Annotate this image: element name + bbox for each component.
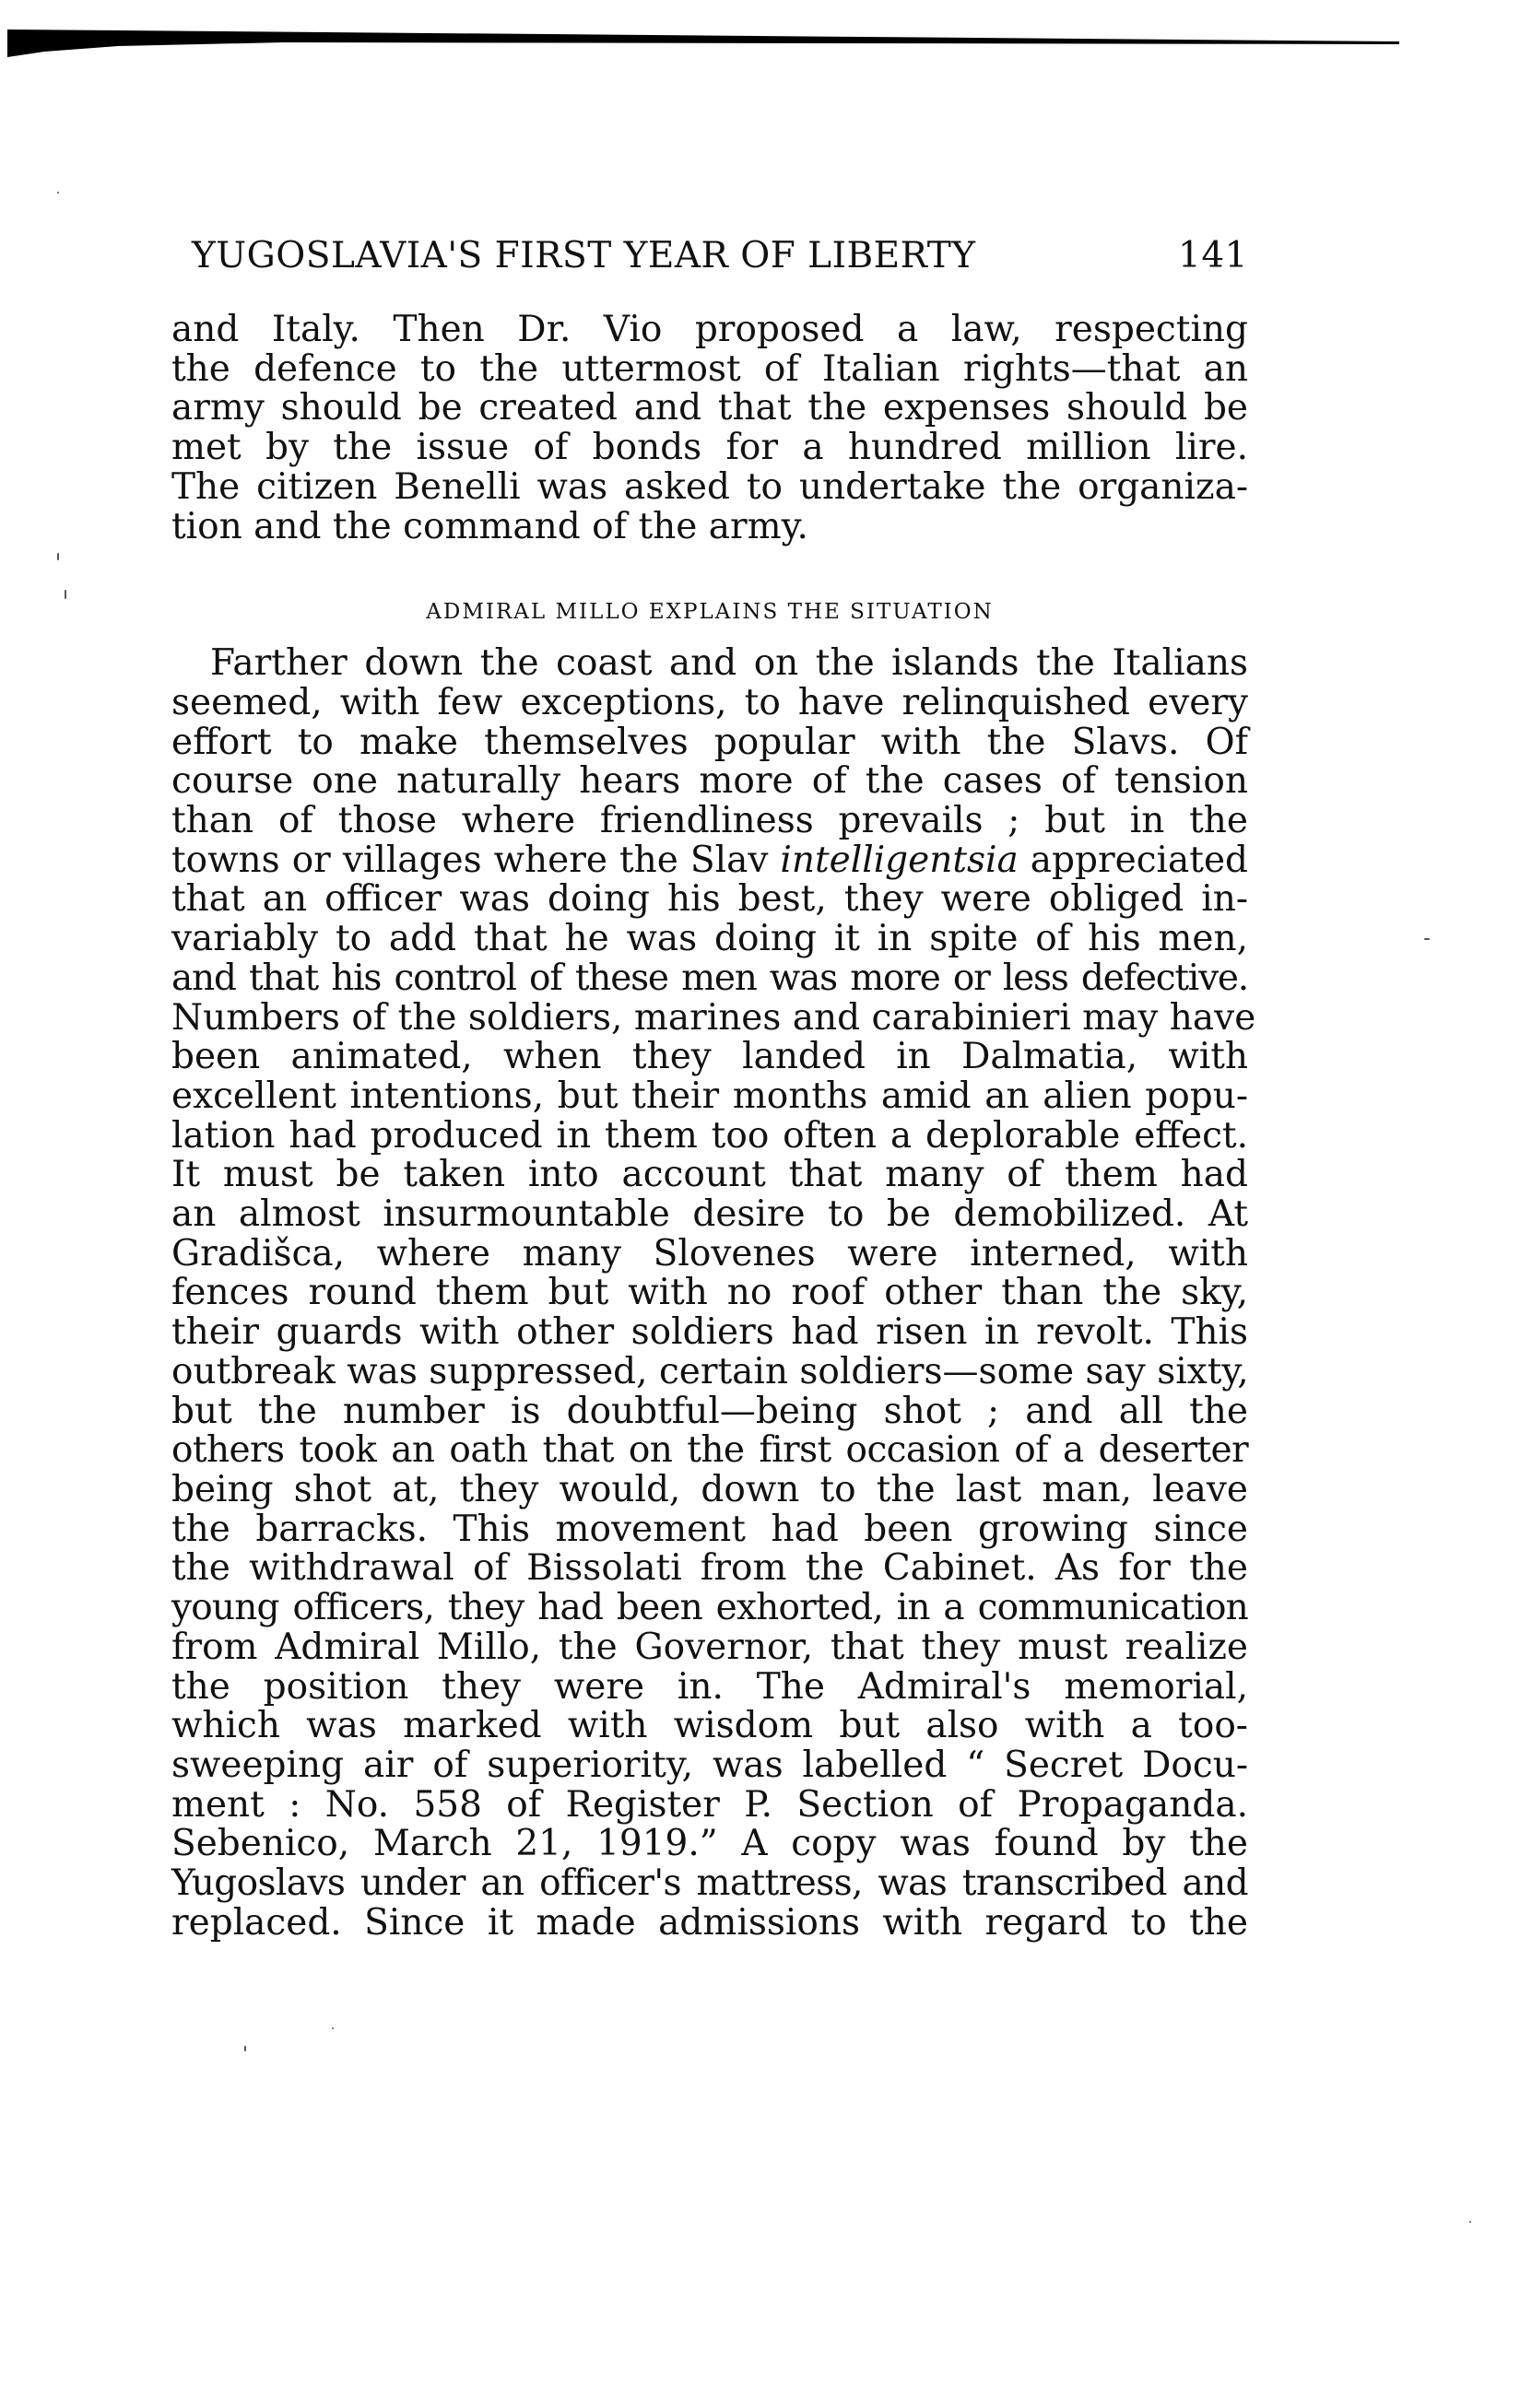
text-line: Farther down the coast and on the island… xyxy=(171,644,1248,684)
paragraph-continued: and Italy. Then Dr. Vio proposed a law, … xyxy=(171,311,1248,546)
text-line: from Admiral Millo, the Governor, that t… xyxy=(171,1628,1248,1668)
text-line: replaced. Since it made admissions with … xyxy=(171,1904,1248,1944)
text-line: their guards with other soldiers had ris… xyxy=(171,1313,1248,1353)
text-line: ment : No. 558 of Register P. Section of… xyxy=(171,1786,1248,1826)
scan-speck xyxy=(65,590,66,599)
text-line: the position they were in. The Admiral's… xyxy=(171,1668,1248,1708)
text-line: tion and the command of the army. xyxy=(171,508,1248,547)
text-line: others took an oath that on the first oc… xyxy=(171,1431,1248,1471)
page-number: 141 xyxy=(1178,235,1248,276)
book-page: YUGOSLAVIA'S FIRST YEAR OF LIBERTY 141 a… xyxy=(171,235,1248,1943)
text-line: outbreak was suppressed, certain soldier… xyxy=(171,1353,1248,1392)
text-line: excellent intentions, but their months a… xyxy=(171,1077,1248,1117)
text-line-mixed: towns or villages where the Slav intelli… xyxy=(171,841,1248,881)
text-span: towns or villages where the Slav xyxy=(171,840,780,881)
text-line: Yugoslavs under an officer's mattress, w… xyxy=(171,1864,1248,1904)
text-line: variably to add that he was doing it in … xyxy=(171,920,1248,959)
text-line: Gradišca, where many Slovenes were inter… xyxy=(171,1235,1248,1274)
text-line: fences round them but with no roof other… xyxy=(171,1274,1248,1313)
text-line: which was marked with wisdom but also wi… xyxy=(171,1707,1248,1746)
running-head: YUGOSLAVIA'S FIRST YEAR OF LIBERTY 141 xyxy=(192,235,1248,290)
scan-speck xyxy=(57,553,59,560)
text-line: and Italy. Then Dr. Vio proposed a law, … xyxy=(171,311,1248,350)
italic-term: intelligentsia xyxy=(780,840,1018,881)
text-line: the barracks. This movement had been gro… xyxy=(171,1510,1248,1550)
text-line: and that his control of these men was mo… xyxy=(171,959,1248,999)
text-line: effort to make themselves popular with t… xyxy=(171,723,1248,763)
text-line: the withdrawal of Bissolati from the Cab… xyxy=(171,1549,1248,1589)
text-line: that an officer was doing his best, they… xyxy=(171,880,1248,920)
scan-speck xyxy=(1469,2221,1471,2223)
text-line: been animated, when they landed in Dalma… xyxy=(171,1038,1248,1077)
text-line: the defence to the uttermost of Italian … xyxy=(171,350,1248,390)
scan-speck xyxy=(244,2046,246,2051)
text-line: being shot at, they would, down to the l… xyxy=(171,1471,1248,1510)
text-line: The citizen Benelli was asked to underta… xyxy=(171,468,1248,508)
text-line: course one naturally hears more of the c… xyxy=(171,762,1248,802)
scan-speck xyxy=(57,192,59,194)
text-line: lation had produced in them too often a … xyxy=(171,1117,1248,1157)
paragraph-admiral-millo: Farther down the coast and on the island… xyxy=(171,644,1248,1943)
text-line: but the number is doubtful—being shot ; … xyxy=(171,1392,1248,1432)
text-line: sweeping air of superiority, was labelle… xyxy=(171,1746,1248,1786)
scan-speck xyxy=(1424,938,1430,940)
text-line: than of those where friendliness prevail… xyxy=(171,802,1248,841)
chapter-title: YUGOSLAVIA'S FIRST YEAR OF LIBERTY xyxy=(192,235,976,276)
text-line: young officers, they had been exhorted, … xyxy=(171,1589,1248,1628)
text-line: Numbers of the soldiers, marines and car… xyxy=(171,999,1248,1039)
text-line: an almost insurmountable desire to be de… xyxy=(171,1195,1248,1235)
text-span: appreciated xyxy=(1019,840,1248,881)
scan-edge-artifact xyxy=(7,29,1399,57)
scan-speck xyxy=(332,2027,334,2029)
text-line: It must be taken into account that many … xyxy=(171,1156,1248,1195)
text-line: army should be created and that the expe… xyxy=(171,389,1248,429)
text-line: met by the issue of bonds for a hundred … xyxy=(171,429,1248,468)
text-line: seemed, with few exceptions, to have rel… xyxy=(171,684,1248,723)
text-line: Sebenico, March 21, 1919.” A copy was fo… xyxy=(171,1825,1248,1864)
section-heading: ADMIRAL MILLO EXPLAINS THE SITUATION xyxy=(171,600,1248,624)
